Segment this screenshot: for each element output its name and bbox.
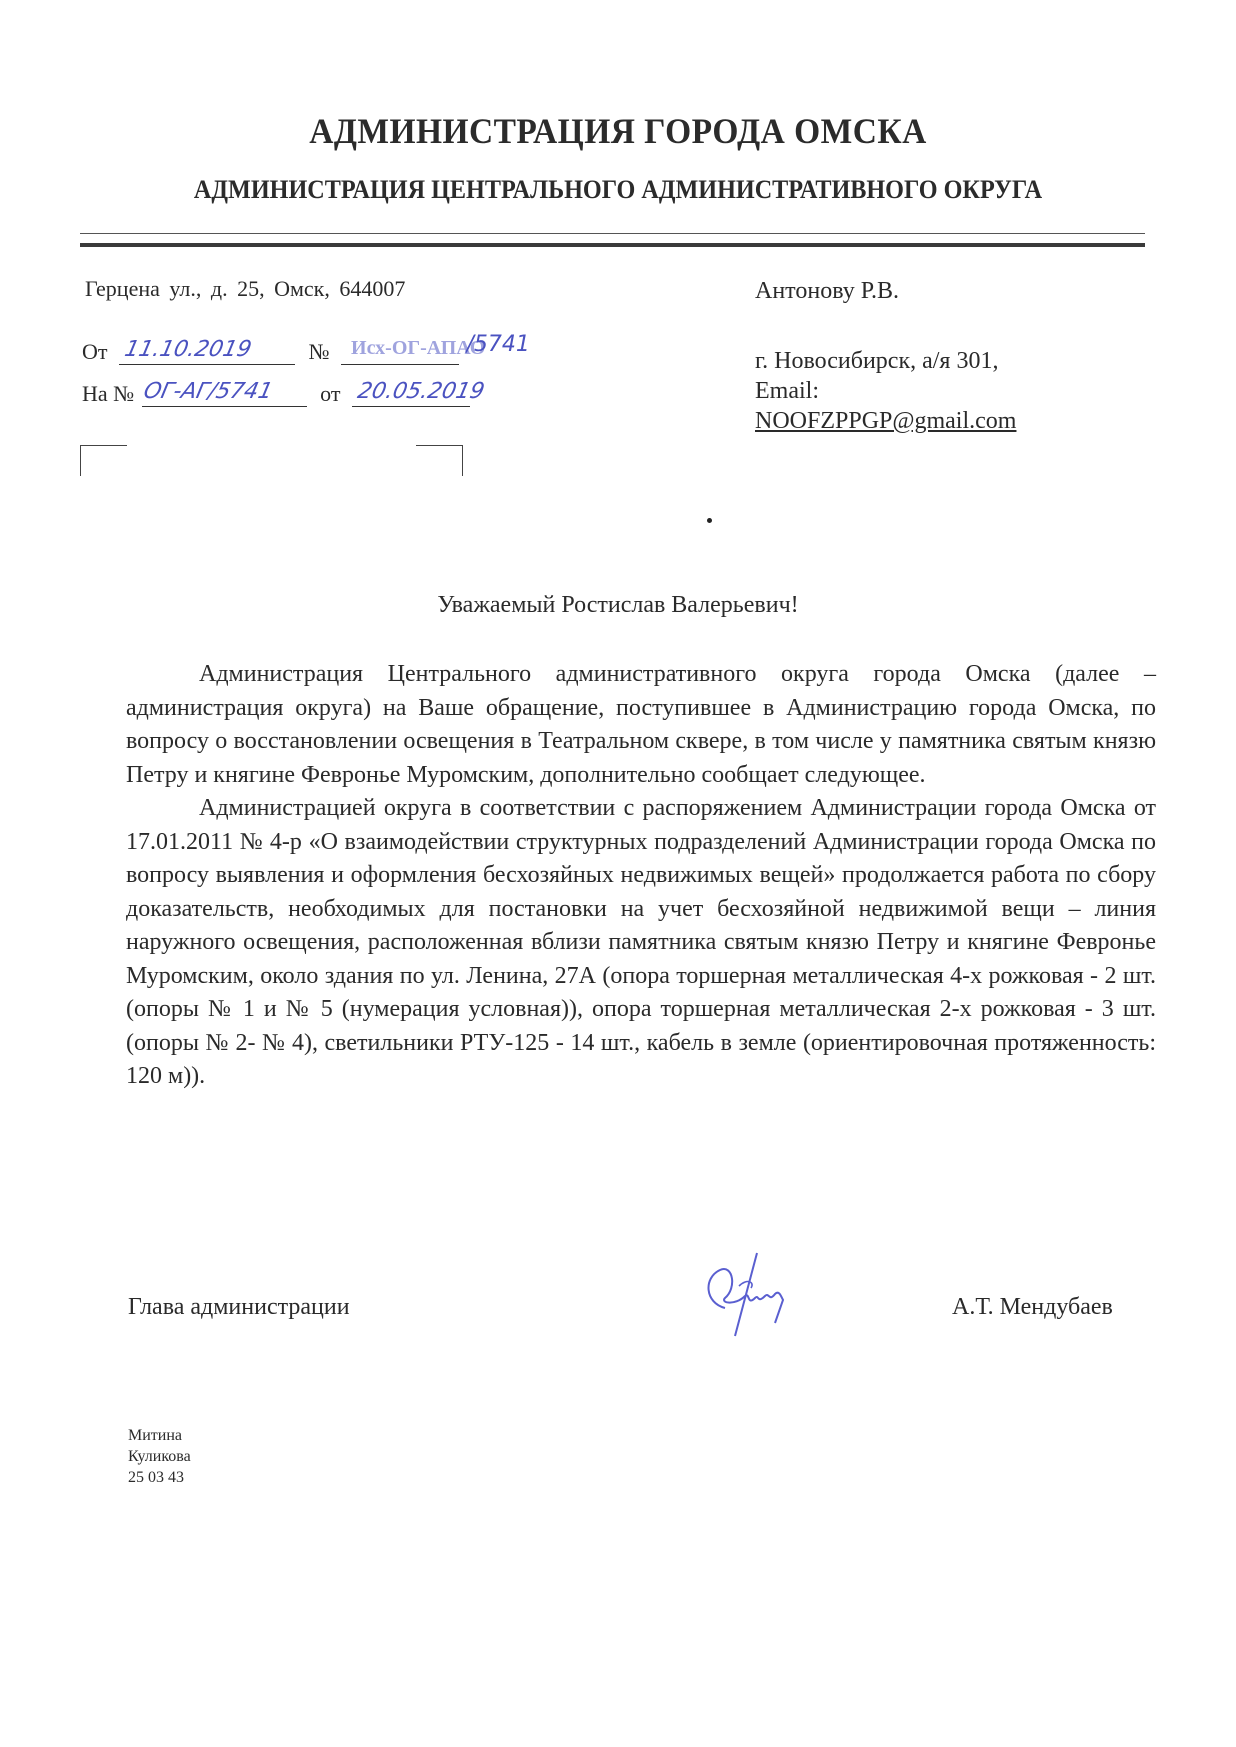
executor-phone: 25 03 43 <box>128 1467 191 1488</box>
ref-number: ОГ-АГ/5741 <box>141 379 275 404</box>
executor-info: Митина Куликова 25 03 43 <box>128 1425 191 1488</box>
executor-line-2: Куликова <box>128 1446 191 1467</box>
from-date-field: 11.10.2019 <box>119 338 295 365</box>
header-divider-thick <box>80 243 1145 247</box>
header-divider-thin <box>80 233 1145 234</box>
number-handwritten: /5741 <box>467 332 530 357</box>
number-label: № <box>309 339 330 364</box>
sender-address: Герцена ул., д. 25, Омск, 644007 <box>85 276 405 302</box>
signatory-role: Глава администрации <box>128 1294 350 1321</box>
recipient-email[interactable]: NOOFZPPGP@gmail.com <box>755 406 1016 436</box>
from-label: От <box>82 339 108 364</box>
address-window-corner-right <box>416 445 463 476</box>
from-date: 11.10.2019 <box>122 337 253 362</box>
recipient-block: Антонову Р.В. г. Новосибирск, а/я 301, E… <box>755 276 1016 436</box>
outgoing-number-field: Исх-ОГ-АПАО <box>341 338 459 365</box>
recipient-email-label: Email: <box>755 376 1016 406</box>
letter-body: Администрация Центрального административ… <box>126 658 1156 1094</box>
address-window-corner-left <box>80 445 127 476</box>
header-subtitle: АДМИНИСТРАЦИЯ ЦЕНТРАЛЬНОГО АДМИНИСТРАТИВ… <box>43 175 1192 205</box>
scan-speck <box>707 518 712 523</box>
paragraph-2: Администрацией округа в соответствии с р… <box>126 792 1156 1094</box>
executor-line-1: Митина <box>128 1425 191 1446</box>
recipient-name: Антонову Р.В. <box>755 276 1016 306</box>
reference-row: На № ОГ-АГ/5741 от 20.05.2019 <box>82 380 470 407</box>
ref-label: На № <box>82 381 134 406</box>
ref-date: 20.05.2019 <box>355 379 486 404</box>
ref-number-field: ОГ-АГ/5741 <box>142 380 307 407</box>
header-title: АДМИНИСТРАЦИЯ ГОРОДА ОМСКА <box>43 110 1192 152</box>
ref-from-label: от <box>320 381 340 406</box>
greeting: Уважаемый Ростислав Валерьевич! <box>0 592 1236 619</box>
outgoing-row: От 11.10.2019 № Исх-ОГ-АПАО /5741 <box>82 338 528 365</box>
number-stamp: Исх-ОГ-АПАО <box>351 337 485 360</box>
paragraph-1: Администрация Центрального административ… <box>126 658 1156 792</box>
recipient-address: г. Новосибирск, а/я 301, <box>755 346 1016 376</box>
signatory-name: А.Т. Мендубаев <box>952 1294 1113 1321</box>
handwritten-signature-icon <box>695 1248 805 1338</box>
ref-date-field: 20.05.2019 <box>352 380 470 407</box>
